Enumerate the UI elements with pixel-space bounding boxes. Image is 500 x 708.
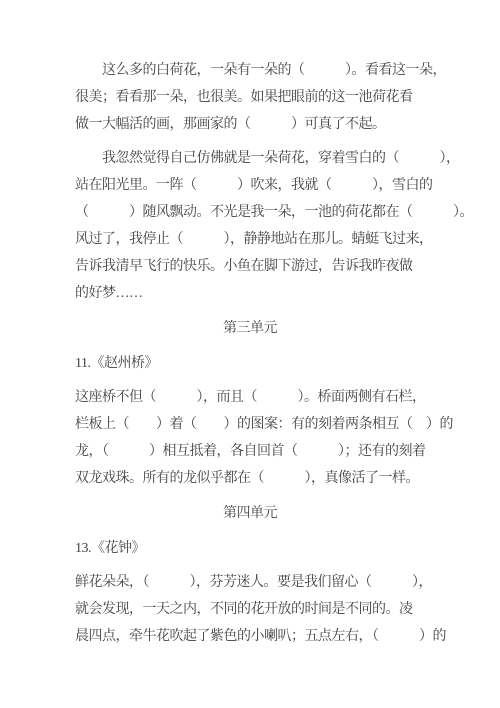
text-line: 鲜花朵朵，（ ），芬芳迷人。要是我们留心（ ），: [75, 569, 425, 596]
text-line: 站在阳光里。一阵（ ）吹来，我就（ ），雪白的: [75, 172, 425, 199]
section-heading-unit-4: 第四单元: [75, 500, 425, 527]
text-line: 很美；看看那一朵，也很美。如果把眼前的这一池荷花看: [75, 84, 425, 111]
paragraph-zhaozhou-bridge: 这座桥不但（ ），而且（ ）。桥面两侧有石栏， 栏板上（ ）着（ ）的图案：有的…: [75, 384, 425, 492]
text-line: 双龙戏珠。所有的龙似乎都在（ ），真像活了一样。: [75, 465, 425, 492]
text-line: 就会发现，一天之内，不同的花开放的时间是不同的。凌: [75, 596, 425, 623]
text-line: 告诉我清早飞行的快乐。小鱼在脚下游过，告诉我昨夜做: [75, 253, 425, 280]
text-line: （ ）随风飘动。不光是我一朵，一池的荷花都在（ ）。: [75, 199, 425, 226]
lesson-title-flower-clock: 13.《花钟》: [75, 535, 425, 562]
section-heading-unit-3: 第三单元: [75, 315, 425, 342]
lesson-title-zhaozhou-bridge: 11.《赵州桥》: [75, 350, 425, 377]
document-page: 这么多的白荷花，一朵有一朵的（ ）。看看这一朵， 很美；看看那一朵，也很美。如果…: [0, 0, 500, 708]
text-line: 龙，（ ）相互抵着，各自回首（ ）；还有的刻着: [75, 438, 425, 465]
paragraph-lotus-2: 我忽然觉得自己仿佛就是一朵荷花，穿着雪白的（ ）， 站在阳光里。一阵（ ）吹来，…: [75, 145, 425, 307]
text-line: 这么多的白荷花，一朵有一朵的（ ）。看看这一朵，: [75, 57, 425, 84]
paragraph-lotus-1: 这么多的白荷花，一朵有一朵的（ ）。看看这一朵， 很美；看看那一朵，也很美。如果…: [75, 57, 425, 138]
text-line: 风过了，我停止（ ），静静地站在那儿。蜻蜓飞过来，: [75, 226, 425, 253]
text-line: 做一大幅活的画，那画家的（ ）可真了不起。: [75, 111, 425, 138]
text-line: 这座桥不但（ ），而且（ ）。桥面两侧有石栏，: [75, 384, 425, 411]
worksheet-body: 这么多的白荷花，一朵有一朵的（ ）。看看这一朵， 很美；看看那一朵，也很美。如果…: [0, 0, 500, 708]
text-line: 的好梦……: [75, 280, 425, 307]
text-line: 晨四点，牵牛花吹起了紫色的小喇叭；五点左右，（ ）的: [75, 623, 425, 650]
text-line: 栏板上（ ）着（ ）的图案：有的刻着两条相互（ ）的: [75, 411, 425, 438]
text-line: 我忽然觉得自己仿佛就是一朵荷花，穿着雪白的（ ），: [75, 145, 425, 172]
paragraph-flower-clock: 鲜花朵朵，（ ），芬芳迷人。要是我们留心（ ）， 就会发现，一天之内，不同的花开…: [75, 569, 425, 650]
